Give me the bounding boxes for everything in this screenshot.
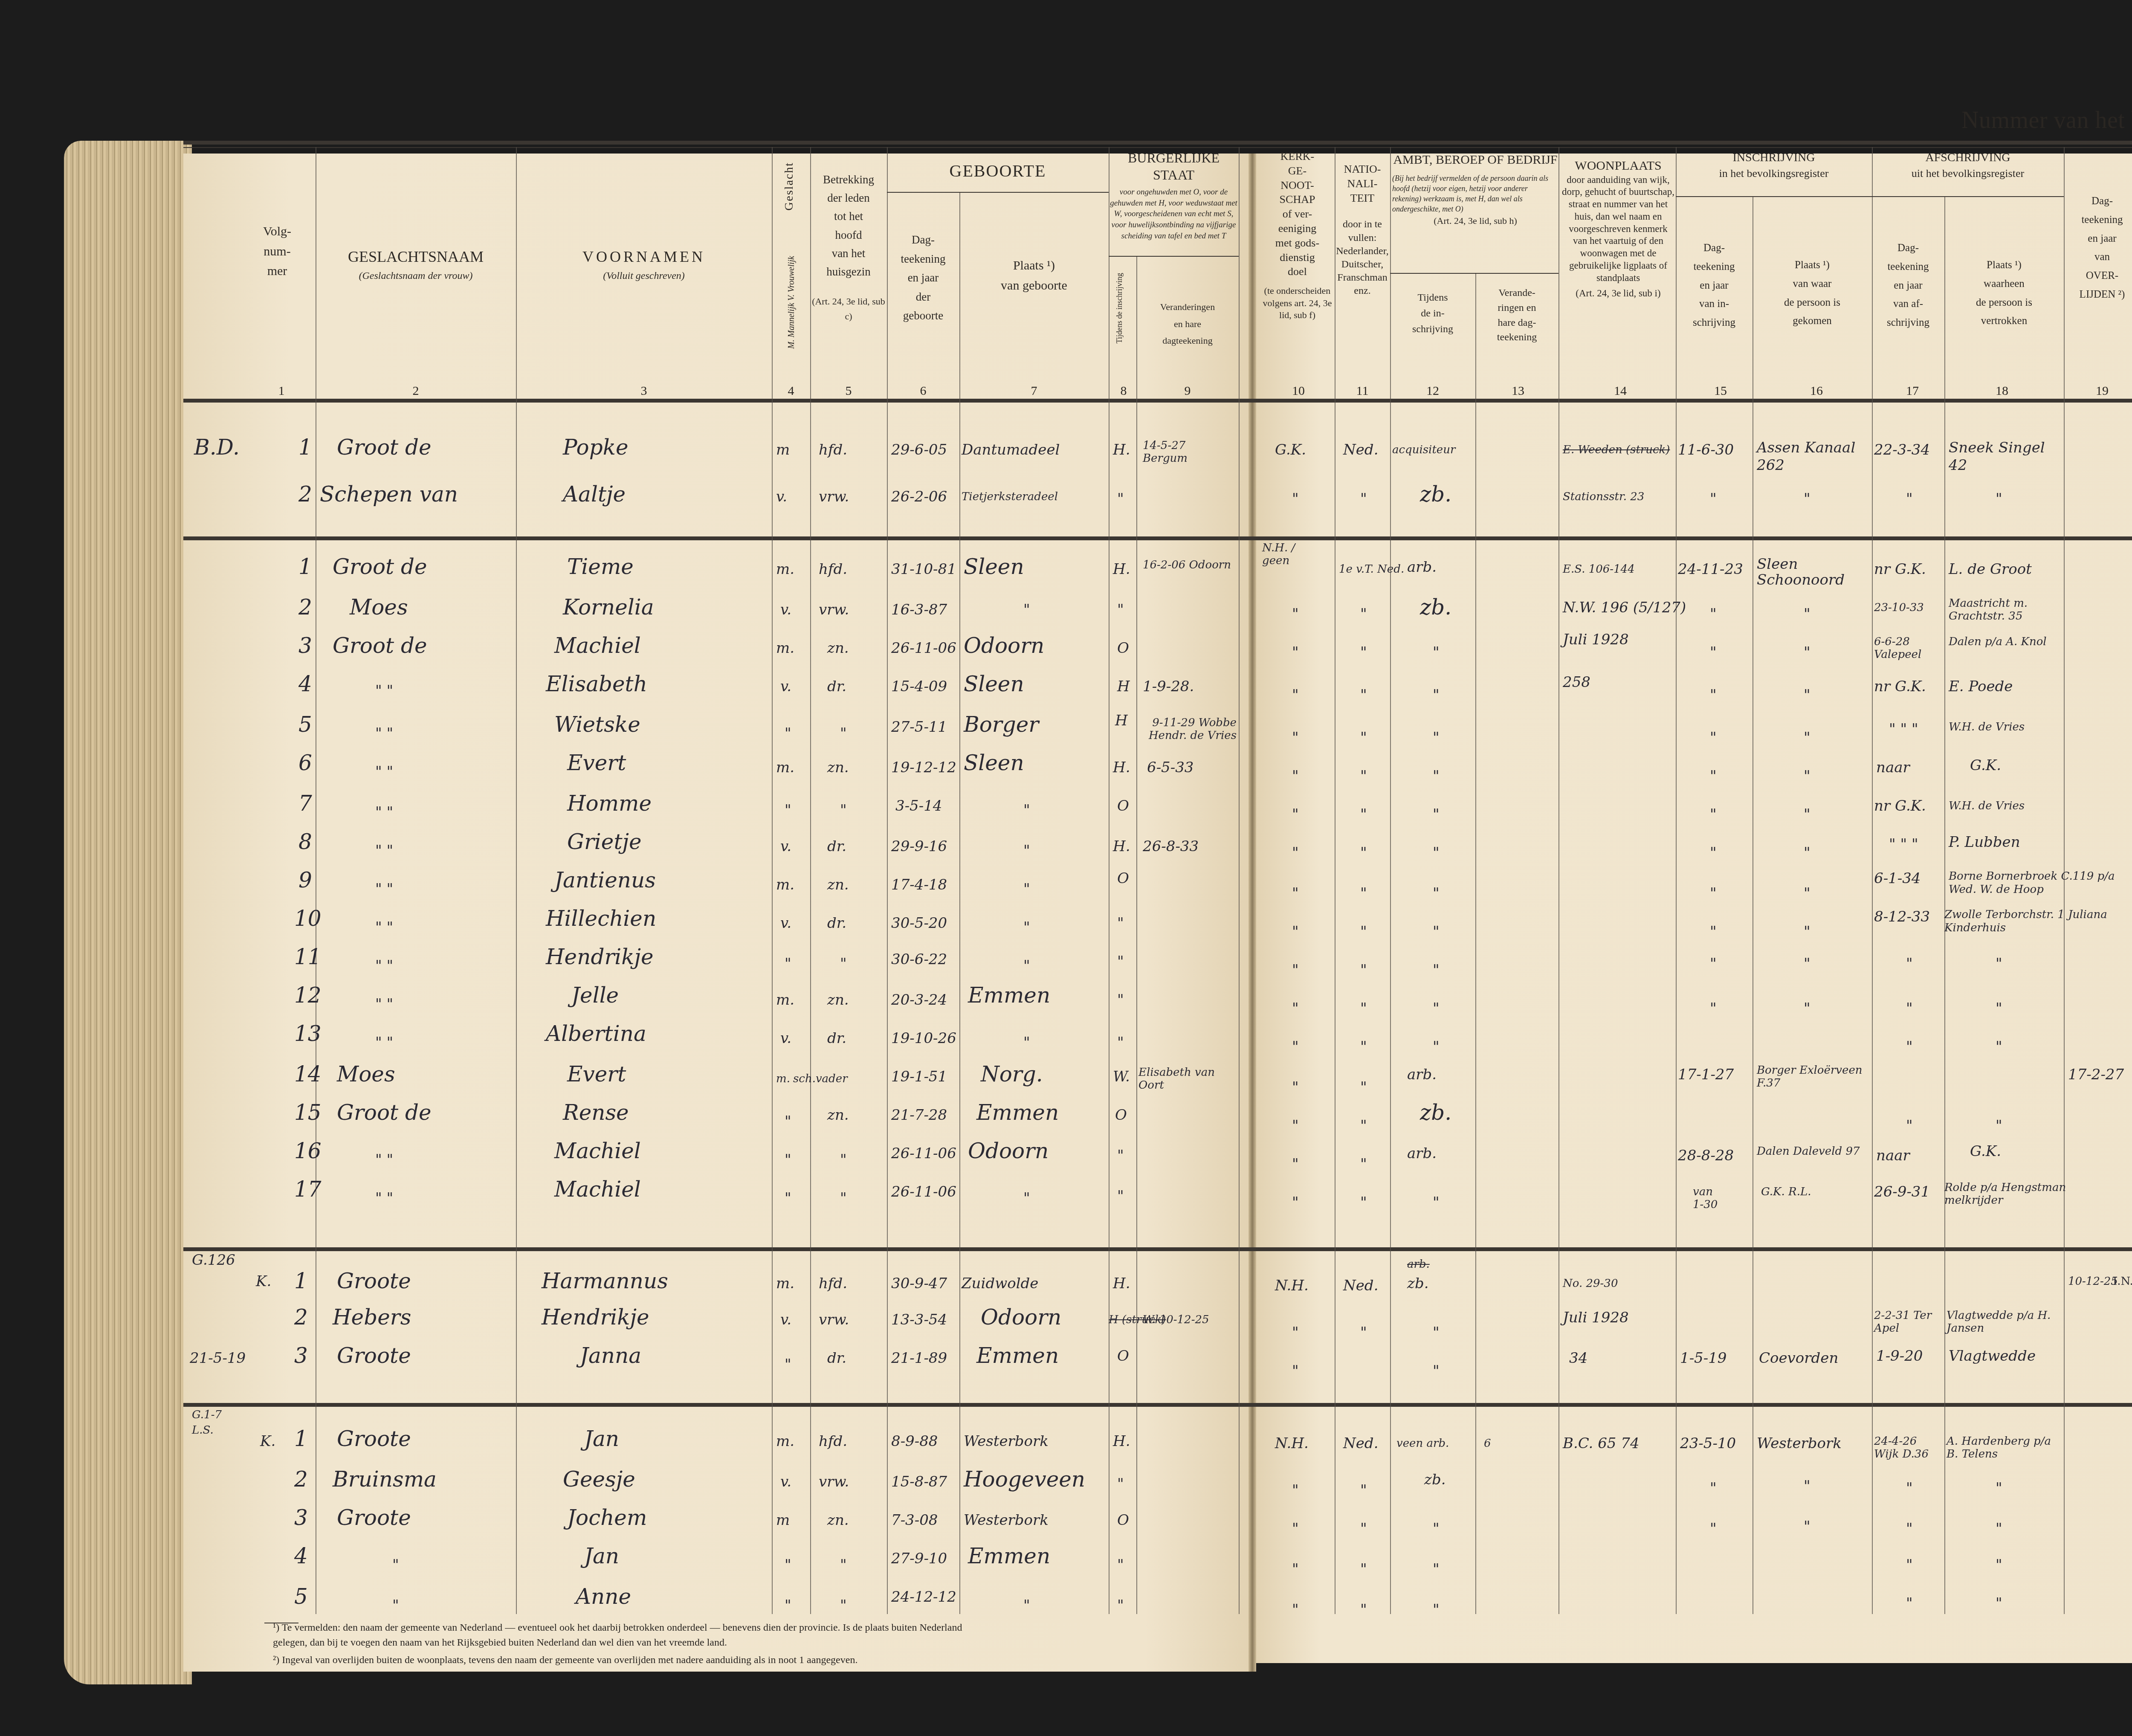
in-from-text: " <box>1804 768 1810 785</box>
in-from-text: Dalen Daleveld 97 <box>1757 1145 1868 1158</box>
out-to-text: W.H. de Vries <box>1949 721 2025 733</box>
header-col6: Dag- teekening en jaar der geboorte <box>887 230 959 325</box>
inschrijving-subrule <box>1676 196 1872 197</box>
out-date-text: " <box>1906 955 1913 972</box>
header-ambt: AMBT, BEROEP OF BEDRIJF (Bij het bedrijf… <box>1392 151 1558 227</box>
nr-text: 4 <box>298 672 312 696</box>
afschrijving-subrule <box>1872 196 2064 197</box>
4-text: schrijving <box>1676 313 1753 332</box>
title-text: WOONPLAATS <box>1561 158 1676 174</box>
rel-text: vrw. <box>819 488 849 505</box>
death-note-text: I.N.V. <box>2113 1275 2132 1288</box>
death-text: 10-12-25 <box>2068 1275 2118 1288</box>
header-top-rule <box>183 141 2132 145</box>
rel-text: zn. <box>827 640 849 657</box>
in-date-text: " <box>1710 606 1717 623</box>
out-to-text: Maastricht m. Grachtstr. 35 <box>1949 597 2064 623</box>
church-text: " <box>1292 490 1299 507</box>
dob-text: 29-6-05 <box>891 441 947 458</box>
num-text: 2 <box>407 384 424 398</box>
rel-text: zn. <box>827 876 849 893</box>
sex-text: m <box>776 441 790 458</box>
rel-text: hfd. <box>819 561 847 578</box>
dob-text: 21-7-28 <box>891 1107 947 1124</box>
rel-text: dr. <box>827 838 846 855</box>
given-text: Anne <box>576 1584 631 1609</box>
civ-text: H. <box>1113 561 1130 578</box>
sub-text: voor ongehuwden met O, voor de gehuwden … <box>1109 187 1239 241</box>
pob-text: Emmen <box>968 1544 1050 1568</box>
church-text: G.K. <box>1275 441 1306 458</box>
out-date-text: naar <box>1876 1147 1910 1164</box>
residence-text: 34 <box>1569 1350 1587 1367</box>
surname-text: Groote <box>337 1505 411 1530</box>
nr-text: 8 <box>298 829 312 854</box>
nr-text: 2 <box>298 595 312 620</box>
civ-text: " <box>1117 601 1124 618</box>
2-text: de persoon is <box>1753 293 1872 312</box>
rel-text: zn. <box>827 759 849 776</box>
in-date-text: " <box>1710 885 1717 902</box>
dob-text: 26-11-06 <box>891 1145 956 1162</box>
3-text: van af- <box>1872 295 1944 313</box>
sex-text: v. <box>780 601 791 618</box>
header-inschrijving: INSCHRIJVING in het bevolkingsregister <box>1676 149 1872 182</box>
out-date-text: " <box>1906 1000 1913 1017</box>
burg-staat-subrule <box>1109 256 1239 257</box>
nat-text: " <box>1360 768 1367 785</box>
num-text: 12 <box>1422 384 1443 398</box>
civ-text: " <box>1117 953 1124 970</box>
2-text: TEIT <box>1335 191 1390 206</box>
3-text: hoofd <box>810 226 887 244</box>
occ-text: " <box>1433 806 1440 823</box>
num-text: 15 <box>1710 384 1731 398</box>
out-date-text: nr G.K. <box>1874 561 1926 578</box>
church-text: " <box>1292 806 1299 823</box>
pob-text: Emmen <box>976 1343 1059 1368</box>
civ-text: O <box>1117 797 1129 814</box>
church-text: " <box>1292 606 1299 623</box>
1-text: en hare <box>1136 316 1239 333</box>
occ-text: " <box>1433 844 1440 861</box>
given-text: Jan <box>584 1544 619 1568</box>
civ-text: " <box>1117 490 1124 507</box>
sex-text: m. <box>776 1433 794 1450</box>
art-text: (Art. 24, 3e lid, sub h) <box>1392 214 1558 227</box>
given-text: Albertina <box>546 1021 646 1046</box>
out-date-text: naar <box>1876 759 1910 776</box>
civ-text: H. <box>1113 1433 1130 1450</box>
occ-text: " <box>1433 1601 1440 1618</box>
out-date-text: 2-2-31 Ter Apel <box>1874 1309 1942 1335</box>
num-text: 6 <box>915 384 932 398</box>
in-date-text: " <box>1710 955 1717 972</box>
surname-text: Groote <box>337 1269 411 1293</box>
nat-text: " <box>1360 923 1367 940</box>
nr-text: 2 <box>298 482 312 507</box>
nat-text: " <box>1360 1156 1367 1173</box>
given-text: Elisabeth <box>546 672 647 696</box>
sex-text: m. <box>776 759 794 776</box>
given-text: Jelle <box>571 983 619 1008</box>
nat-text: " <box>1360 1079 1367 1096</box>
civ-text: " <box>1117 1147 1124 1164</box>
in-from-text: " <box>1804 687 1810 704</box>
surname-text: Hebers <box>333 1305 411 1330</box>
out-to-text: Sneek Singel 42 <box>1949 439 2060 474</box>
given-text: Jan <box>584 1426 619 1451</box>
dob-text: 30-6-22 <box>891 951 947 968</box>
header-col11: NATIO- NALI- TEIT door in te vullen: Ned… <box>1335 162 1390 298</box>
household-divider-3 <box>183 1403 2132 1407</box>
dob-text: 15-4-09 <box>891 678 947 695</box>
title-text: BURGERLIJKE STAAT <box>1109 149 1239 183</box>
church-text: " <box>1292 1117 1299 1134</box>
num-text: 14 <box>1610 384 1631 398</box>
rel-text: " <box>840 802 847 819</box>
civ-text: H. <box>1113 1275 1130 1292</box>
out-to-text: G.K. <box>1970 757 2001 774</box>
sex-text: " <box>785 955 791 972</box>
pob-text: " <box>1023 957 1030 974</box>
0-text: Plaats ¹) <box>1753 256 1872 275</box>
header-col10: KERK- GE- NOOT- SCHAP of ver- eeniging m… <box>1260 149 1335 322</box>
num-text: 9 <box>1179 384 1196 398</box>
header-col18: Plaats ¹) waarheen de persoon is vertrok… <box>1944 256 2064 330</box>
given-text: Homme <box>567 791 652 816</box>
sex-text: " <box>785 1113 791 1130</box>
in-from-text: " <box>1804 606 1810 623</box>
nat-text: " <box>1360 1324 1367 1341</box>
civ-text: O <box>1117 1512 1129 1529</box>
out-date-text: 8-12-33 <box>1874 908 1930 925</box>
pob-text: Odoorn <box>968 1139 1049 1163</box>
dob-text: 30-9-47 <box>891 1275 947 1292</box>
surname-text: " " <box>375 1151 393 1168</box>
in-date-text: " <box>1710 490 1717 507</box>
1-text: teekening <box>887 249 959 269</box>
3-text: vertrokken <box>1944 312 2064 330</box>
civ-text: O <box>1115 1107 1127 1124</box>
given-text: Machiel <box>554 633 641 658</box>
occ-change-text: 6 <box>1484 1437 1491 1450</box>
sex-text: " <box>785 1190 791 1207</box>
1-text: van geboorte <box>959 276 1109 296</box>
rel-text: " <box>840 1556 847 1574</box>
nat-text: " <box>1360 1194 1367 1211</box>
3-text: der <box>887 287 959 307</box>
num-text: 4 <box>782 384 799 398</box>
household-margin-note: G.1-7 L.S. <box>192 1407 239 1438</box>
rel-text: dr. <box>827 1030 846 1047</box>
occ-text: zb. <box>1420 1100 1451 1125</box>
rel-text: hfd. <box>819 441 847 458</box>
nat-text: " <box>1360 806 1367 823</box>
pob-text: Norg. <box>981 1062 1043 1087</box>
residence-text: Stationsstr. 23 <box>1563 490 1644 503</box>
2-text: de persoon is <box>1944 293 2064 312</box>
header-col7: Plaats ¹) van geboorte <box>959 256 1109 296</box>
civ-text: " <box>1117 1475 1124 1493</box>
nat-text: " <box>1360 1117 1367 1134</box>
nat-text: " <box>1360 606 1367 623</box>
given-text: Aaltje <box>563 482 626 507</box>
surname-text: " " <box>375 996 393 1013</box>
civ-text: " <box>1117 1597 1124 1614</box>
occ-text: " <box>1433 687 1440 704</box>
in-from-text: Coevorden <box>1759 1350 1838 1367</box>
sub-text: (Art. 24, 3e lid, sub c) <box>810 294 887 324</box>
nat-text: " <box>1360 1482 1367 1499</box>
header-col4-sub: M. Mannelijk V. Vrouwelijk <box>787 256 797 349</box>
nr-text: 3 <box>294 1343 308 1368</box>
given-text: Evert <box>567 1062 626 1087</box>
occ-text: arb. <box>1407 1145 1437 1162</box>
pob-text: Westerbork <box>964 1433 1049 1450</box>
residence-text: B.C. 65 74 <box>1563 1435 1640 1452</box>
pob-text: " <box>1023 1597 1030 1614</box>
1-text: teekening <box>1872 258 1944 276</box>
dob-text: 15-8-87 <box>891 1473 947 1490</box>
header-col5: Betrekking der leden tot het hoofd van h… <box>810 171 887 324</box>
3-text: van <box>2064 248 2132 267</box>
out-to-text: " <box>1996 1038 2002 1055</box>
out-date-text: 26-9-31 <box>1874 1183 1930 1200</box>
nat-text: 1e v.T. Ned. <box>1339 563 1404 576</box>
num-text: 13 <box>1507 384 1529 398</box>
nr-text: 2 <box>294 1467 308 1492</box>
civ-text: W. <box>1113 1068 1130 1085</box>
out-date-text: " <box>1906 1480 1913 1497</box>
sex-text: " <box>785 1556 791 1574</box>
church-text: " <box>1292 1601 1299 1618</box>
surname-text: Moes <box>337 1062 395 1087</box>
pob-text: Sleen <box>964 751 1024 775</box>
sex-text: " <box>785 1151 791 1168</box>
civ-change-text: 1-9-28. <box>1143 678 1194 695</box>
nr-text: 1 <box>298 554 312 579</box>
pob-text: Dantumadeel <box>962 441 1060 458</box>
occ-text: zb. <box>1407 1275 1429 1292</box>
church-text: " <box>1292 1324 1299 1341</box>
church-text: " <box>1292 1482 1299 1499</box>
civ-change-text: Elisabeth van Oort <box>1138 1066 1215 1092</box>
residence-text: E. Weeden (struck) <box>1563 443 1670 456</box>
num-text: 18 <box>1991 384 2013 398</box>
residence-text: E.S. 106-144 <box>1563 563 1635 576</box>
sub-text: door aanduiding van wijk, dorp, gehucht … <box>1561 174 1676 284</box>
civ-text: " <box>1117 1556 1124 1574</box>
church-text: " <box>1292 1079 1299 1096</box>
dob-text: 19-12-12 <box>891 759 956 776</box>
nat-text: " <box>1360 885 1367 902</box>
out-date-text: " " " <box>1889 721 1918 738</box>
header-col19: Dag- teekening en jaar van OVER- LIJDEN … <box>2064 192 2132 304</box>
surname-text: " <box>392 1597 399 1614</box>
given-text: Janna <box>580 1343 641 1368</box>
0-text: Tijdens <box>1390 290 1475 306</box>
rel-text: dr. <box>827 1350 846 1367</box>
1-text: de in- <box>1390 306 1475 322</box>
2-text: schrijving <box>1390 322 1475 337</box>
footnote-2: ²) Ingeval van overlijden buiten de woon… <box>273 1653 998 1668</box>
civ-change-text: W. 10-12-25 <box>1143 1313 1209 1326</box>
church-text: N.H. <box>1275 1435 1309 1452</box>
header-col9: Veranderingen en hare dagteekening <box>1136 299 1239 349</box>
in-date-text: 28-8-28 <box>1678 1147 1734 1164</box>
dob-text: 24-12-12 <box>891 1588 956 1606</box>
nr-text: 16 <box>294 1139 322 1163</box>
sheet-number-label: Nummer van het blad <box>1961 107 2132 134</box>
title-text: AMBT, BEROEP OF BEDRIJF <box>1392 151 1558 169</box>
rel-text: vrw. <box>819 1473 849 1490</box>
pob-text: " <box>1023 601 1030 618</box>
header-col12: Tijdens de in- schrijving <box>1390 290 1475 338</box>
header-col13: Verande- ringen en hare dag- teekening <box>1475 286 1558 345</box>
occ-text: " <box>1433 885 1440 902</box>
in-from-text: " <box>1804 729 1810 746</box>
out-date-text: 23-10-33 <box>1874 601 1924 614</box>
nr-text: 15 <box>294 1100 322 1125</box>
occ-text: veen arb. <box>1396 1437 1449 1450</box>
in-from-text: " <box>1804 490 1810 507</box>
surname-text: " " <box>375 842 393 859</box>
nat-text: " <box>1360 962 1367 979</box>
pob-text: Tietjerksteradeel <box>962 490 1058 503</box>
rel-text: " <box>840 1597 847 1614</box>
occ-text: " <box>1433 1194 1440 1211</box>
out-to-text: " <box>1996 1000 2002 1017</box>
num-text: 17 <box>1902 384 1923 398</box>
given-text: Kornelia <box>563 595 654 620</box>
occ-text: " <box>1433 644 1440 661</box>
num-text: 19 <box>2091 384 2113 398</box>
given-text: Geesje <box>563 1467 635 1492</box>
pob-text: Borger <box>964 712 1039 737</box>
pob-text: Odoorn <box>964 633 1044 658</box>
5-text: LIJDEN ²) <box>2064 285 2132 304</box>
given-text: Hillechien <box>546 906 656 931</box>
sex-text: v. <box>780 1473 791 1490</box>
rel-text: dr. <box>827 678 846 695</box>
occ-text: " <box>1433 1561 1440 1578</box>
out-to-text: Dalen p/a A. Knol <box>1949 635 2060 648</box>
header-col8: Tijdens de inschrijving <box>1115 273 1124 343</box>
church-text: " <box>1292 768 1299 785</box>
4-text: schrijving <box>1872 313 1944 332</box>
surname-text: " " <box>375 957 393 974</box>
in-date-text: van 1-30 <box>1693 1185 1723 1211</box>
rel-text: hfd. <box>819 1275 847 1292</box>
0-text: Veranderingen <box>1136 299 1239 316</box>
rel-text: dr. <box>827 915 846 932</box>
header-col17: Dag- teekening en jaar van af- schrijvin… <box>1872 239 1944 332</box>
surname-text: " " <box>375 804 393 821</box>
rel-text: sch.vader <box>793 1072 848 1085</box>
sex-text: v. <box>780 915 791 932</box>
civ-change-text: 16-2-06 Odoorn <box>1143 559 1232 571</box>
sub-text: uit het bevolkingsregister <box>1872 166 2064 181</box>
6-text: met gods- <box>1260 236 1335 250</box>
surname-text: Moes <box>350 595 408 620</box>
out-date-text: " <box>1906 1117 1913 1134</box>
dob-text: 26-11-06 <box>891 1183 956 1200</box>
2-text: tot het <box>810 207 887 226</box>
civ-text: O <box>1117 1348 1129 1365</box>
nr-text: 4 <box>294 1544 308 1568</box>
header-col1: Volg- num- mer <box>247 222 307 281</box>
residence-text: Juli 1928 <box>1563 1309 1629 1326</box>
dob-text: 30-5-20 <box>891 915 947 932</box>
pob-text: Sleen <box>964 554 1024 579</box>
0-text: Verande- <box>1475 286 1558 301</box>
out-to-text: G.K. <box>1970 1143 2001 1160</box>
given-text: Evert <box>567 751 626 775</box>
dob-text: 3-5-14 <box>895 797 942 814</box>
nr-text: 10 <box>294 906 322 931</box>
in-date-text: " <box>1710 844 1717 861</box>
0-text: Plaats ¹) <box>1944 256 2064 275</box>
in-from-text: Borger Exloërveen F.37 <box>1757 1064 1868 1090</box>
in-from-text: G.K. R.L. <box>1761 1185 1811 1198</box>
4-text: OVER- <box>2064 267 2132 285</box>
nr-text: 13 <box>294 1021 322 1046</box>
nr-text: 12 <box>294 983 322 1008</box>
nr-text: 1 <box>294 1269 308 1293</box>
num-text: 3 <box>635 384 652 398</box>
dob-text: 27-5-11 <box>891 719 947 736</box>
in-date-text: " <box>1710 729 1717 746</box>
in-from-text: Westerbork <box>1757 1435 1842 1452</box>
1-text: waarheen <box>1944 275 2064 293</box>
residence-text: Juli 1928 <box>1563 631 1629 648</box>
nat-text: " <box>1360 644 1367 661</box>
pob-text: Emmen <box>968 983 1050 1008</box>
nat-text: " <box>1360 490 1367 507</box>
sub-text: (Volluit geschreven) <box>516 269 772 283</box>
rel-text: " <box>840 1190 847 1207</box>
nr-text: 14 <box>294 1062 322 1087</box>
occ-text: " <box>1433 962 1440 979</box>
church-text: " <box>1292 1000 1299 1017</box>
occ-text: " <box>1433 729 1440 746</box>
nr-text: 7 <box>298 791 312 816</box>
surname-text: " " <box>375 1034 393 1051</box>
surname-text: Groote <box>337 1343 411 1368</box>
nat-text: " <box>1360 844 1367 861</box>
in-date-text: 1-5-19 <box>1680 1350 1727 1367</box>
title-text: INSCHRIJVING <box>1676 149 1872 166</box>
num-text: 7 <box>1025 384 1043 398</box>
occ-text: " <box>1433 768 1440 785</box>
4-text: geboorte <box>887 306 959 325</box>
given-text: Wietske <box>554 712 640 737</box>
civ-text: H. <box>1113 838 1130 855</box>
out-date-text: 24-4-26 Wijk D.36 <box>1874 1435 1942 1461</box>
sex-text: m. <box>776 876 794 893</box>
sub-text: door in te vullen: Nederlander, Duitsche… <box>1335 218 1390 298</box>
1-text: NALI- <box>1335 177 1390 191</box>
out-date-text: nr G.K. <box>1874 678 1926 695</box>
pob-text: Hoogeveen <box>964 1467 1085 1492</box>
out-date-text: " <box>1906 1595 1913 1612</box>
out-to-text: Rolde p/a Hengstman melkrijder <box>1944 1181 2072 1207</box>
dob-text: 29-9-16 <box>891 838 947 855</box>
given-text: Jochem <box>567 1505 647 1530</box>
nat-text: " <box>1360 1561 1367 1578</box>
nr-text: 3 <box>294 1505 308 1530</box>
